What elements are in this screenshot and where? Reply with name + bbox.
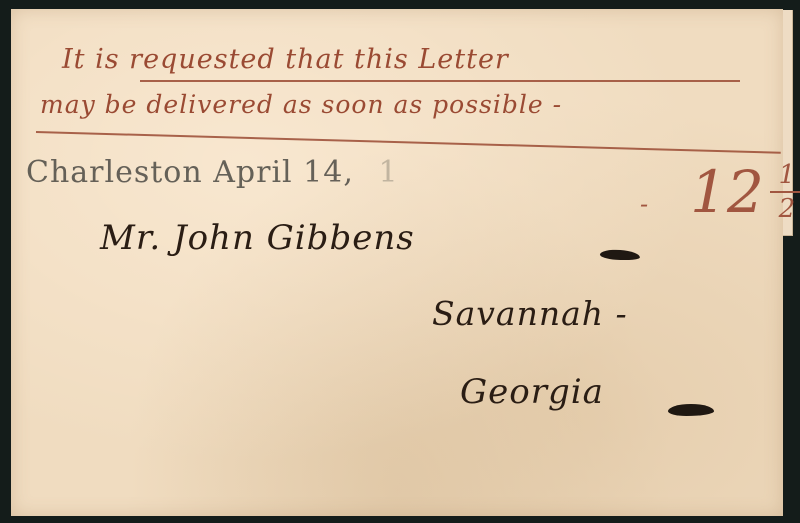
docket-note-line-2: may be delivered as soon as possible - (40, 90, 562, 119)
docket-underline-1 (140, 80, 740, 82)
town-postmark: Charleston April 14, 1 (26, 155, 399, 190)
address-city: Savannah - (432, 294, 628, 333)
rate-denominator: 2 (779, 196, 796, 222)
manuscript-rate: - 12 1 2 (640, 158, 800, 226)
rate-dash: - (640, 190, 648, 218)
address-state: Georgia (460, 372, 604, 412)
postmark-town: Charleston (26, 155, 203, 190)
docket-note-line-1: It is requested that this Letter (62, 44, 509, 75)
ink-flourish-icon (668, 404, 714, 416)
rate-fraction: 1 2 (770, 162, 800, 222)
postmark-year: 1 (378, 155, 398, 190)
letter-cover (11, 9, 783, 516)
postmark-date: April 14, (213, 155, 354, 190)
addressee-name: Mr. John Gibbens (100, 218, 415, 258)
fraction-bar (770, 191, 800, 193)
rate-numerator: 1 (779, 162, 796, 188)
rate-whole: 12 (690, 158, 764, 226)
